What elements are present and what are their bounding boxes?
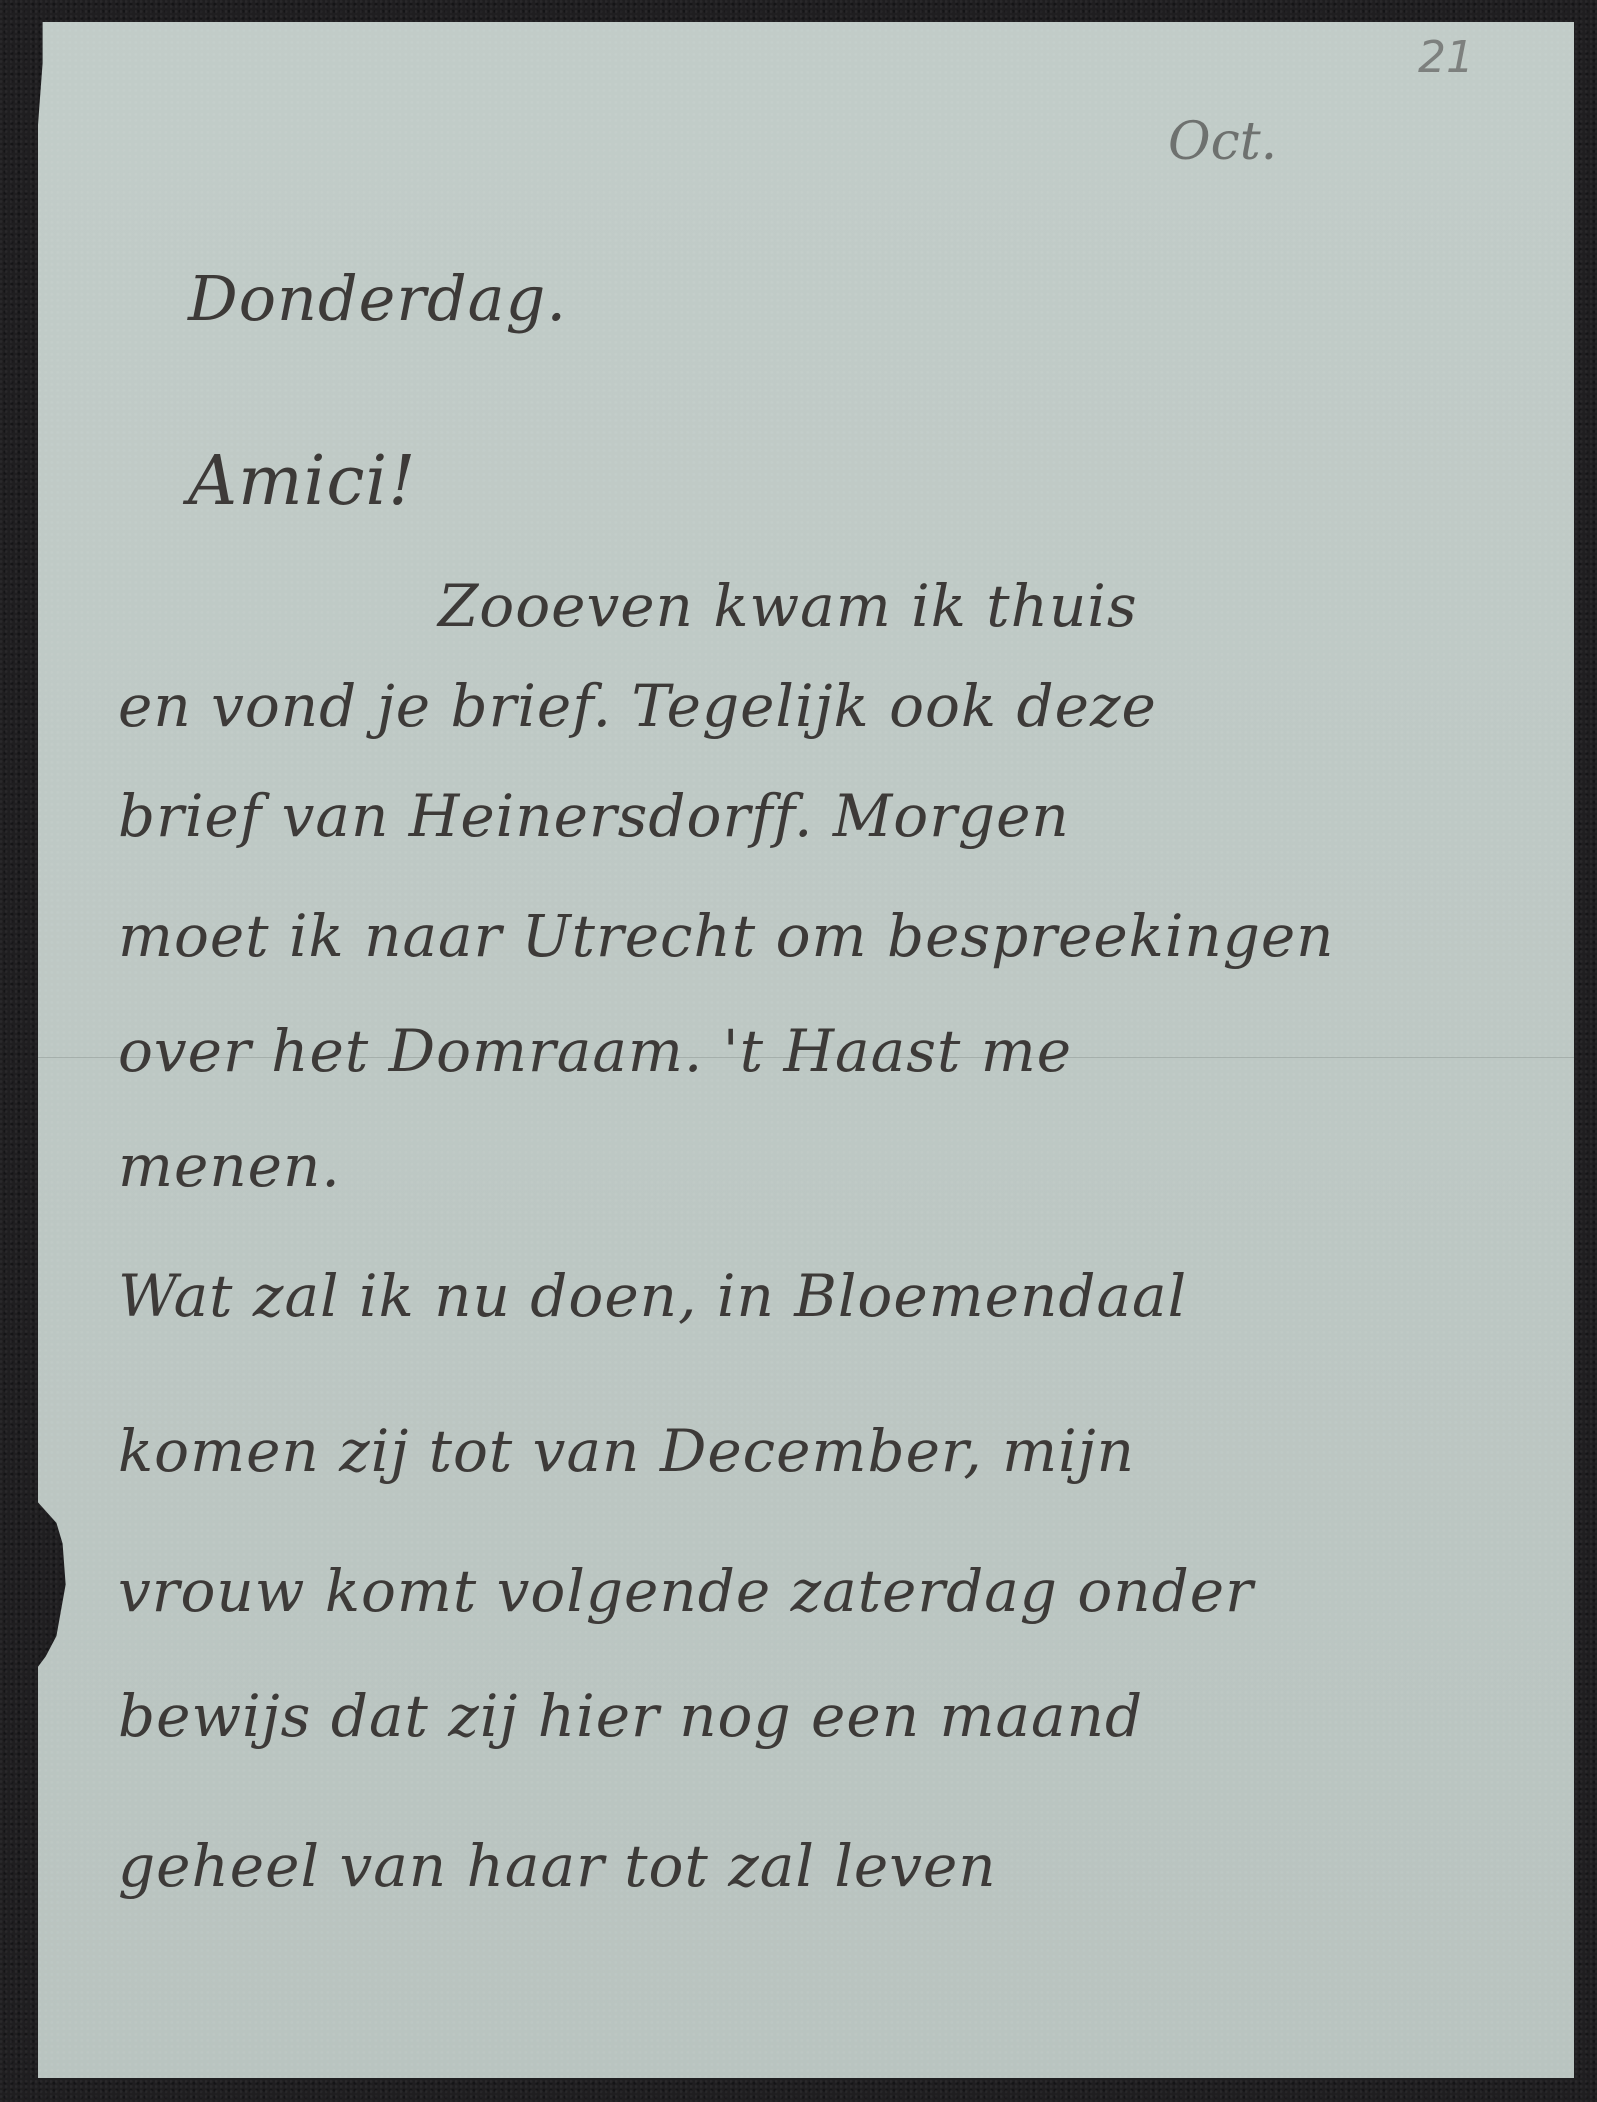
- letter-line: bewijs dat zij hier nog een maand: [118, 1682, 1143, 1750]
- letter-line: geheel van haar tot zal leven: [118, 1832, 997, 1900]
- letter-line: over het Domraam. 't Haast me: [118, 1017, 1072, 1085]
- letter-line: Zooeven kwam ik thuis: [438, 572, 1138, 640]
- letter-line: brief van Heinersdorff. Morgen: [118, 782, 1070, 850]
- letter-salutation: Amici!: [188, 442, 417, 521]
- month-annotation: Oct.: [1168, 112, 1277, 172]
- letter-line: Wat zal ik nu doen, in Bloemendaal: [118, 1262, 1187, 1330]
- letter-line: moet ik naar Utrecht om bespreekingen: [118, 902, 1335, 970]
- letter-line: en vond je brief. Tegelijk ook deze: [118, 672, 1157, 740]
- letter-line: komen zij tot van December, mijn: [118, 1417, 1135, 1485]
- letter-page: 21 Oct. Donderdag. Amici! Zooeven kwam i…: [38, 22, 1574, 2078]
- folio-number: 21: [1418, 32, 1474, 83]
- letter-line: menen.: [118, 1132, 341, 1200]
- letter-line: vrouw komt volgende zaterdag onder: [118, 1557, 1254, 1625]
- letter-day: Donderdag.: [188, 262, 567, 335]
